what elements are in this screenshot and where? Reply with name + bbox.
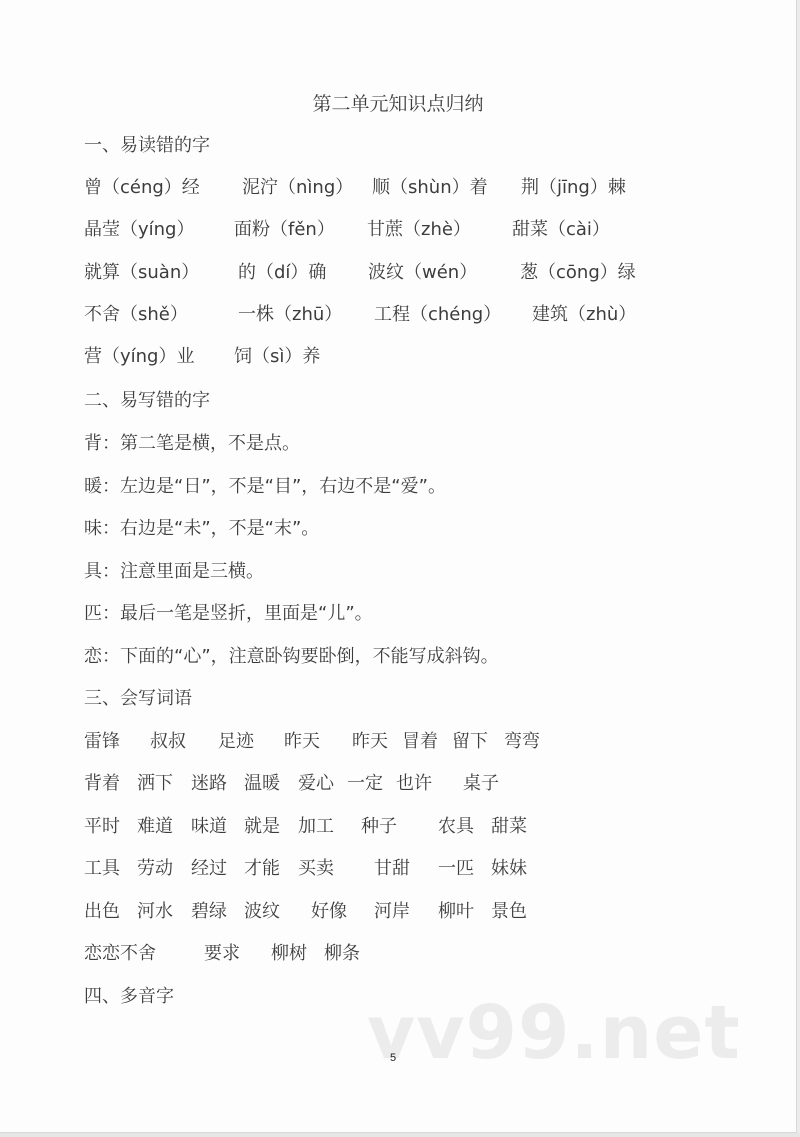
section-heading-1: 一、易读错的字 — [84, 133, 210, 159]
vocab-word: 甘甜 — [374, 856, 410, 882]
vocab-word: 留下 — [452, 729, 488, 755]
pinyin-entry: 饲（sì）养 — [234, 344, 320, 370]
pinyin-entry: 营（yíng）业 — [84, 344, 195, 370]
pinyin-entry: 建筑（zhù） — [532, 302, 636, 328]
pinyin-entry: 甘蔗（zhè） — [367, 217, 471, 243]
vocab-word: 经过 — [191, 856, 227, 882]
vocab-word: 一匹 — [438, 856, 474, 882]
vocab-word: 桌子 — [463, 771, 499, 797]
vocab-word: 甜菜 — [491, 814, 527, 840]
vocab-word: 柳叶 — [438, 899, 474, 925]
section-heading-3: 三、会写词语 — [84, 686, 192, 712]
vocab-word: 加工 — [298, 814, 334, 840]
vocab-word: 难道 — [137, 814, 173, 840]
page-edge-bottom — [0, 1133, 800, 1137]
pinyin-entry: 一株（zhū） — [238, 302, 342, 328]
section-heading-2: 二、易写错的字 — [84, 388, 210, 414]
pinyin-entry: 不舍（shě） — [84, 302, 188, 328]
vocab-word: 河岸 — [374, 899, 410, 925]
vocab-word: 足迹 — [218, 729, 254, 755]
pinyin-entry: 曾（céng）经 — [84, 175, 200, 201]
pinyin-entry: 泥泞（nìng） — [242, 175, 353, 201]
vocab-word: 洒下 — [137, 771, 173, 797]
document-page: 第二单元知识点归纳 一、易读错的字 曾（céng）经 泥泞（nìng） 顺（sh… — [0, 0, 797, 1133]
writing-note: 背：第二笔是横，不是点。 — [84, 431, 300, 457]
vocab-word: 才能 — [244, 856, 280, 882]
vocab-word: 农具 — [438, 814, 474, 840]
writing-note: 暖：左边是“日”，不是“目”，右边不是“爱”。 — [84, 474, 446, 500]
vocab-word: 种子 — [361, 814, 397, 840]
vocab-word: 昨天 — [284, 729, 320, 755]
vocab-word: 碧绿 — [191, 899, 227, 925]
vocab-word: 冒着 — [402, 729, 438, 755]
vocab-word: 就是 — [244, 814, 280, 840]
vocab-word: 背着 — [84, 771, 120, 797]
vocab-word: 出色 — [84, 899, 120, 925]
vocab-word: 一定 — [347, 771, 383, 797]
vocab-word: 味道 — [191, 814, 227, 840]
vocab-word: 恋恋不舍 — [84, 941, 156, 967]
writing-note: 匹：最后一笔是竖折，里面是“儿”。 — [84, 601, 373, 627]
vocab-word: 叔叔 — [150, 729, 186, 755]
writing-note: 味：右边是“未”，不是“末”。 — [84, 516, 319, 542]
vocab-word: 柳条 — [324, 941, 360, 967]
vocab-word: 也许 — [396, 771, 432, 797]
vocab-word: 妹妹 — [491, 856, 527, 882]
vocab-word: 柳树 — [271, 941, 307, 967]
pinyin-entry: 荆（jīng）棘 — [521, 175, 626, 201]
section-heading-4: 四、多音字 — [84, 984, 174, 1010]
vocab-word: 迷路 — [191, 771, 227, 797]
pinyin-entry: 顺（shùn）着 — [372, 175, 488, 201]
vocab-word: 雷锋 — [84, 729, 120, 755]
pinyin-entry: 波纹（wén） — [368, 260, 477, 286]
watermark: vv99.net — [367, 990, 741, 1076]
page-number: 5 — [390, 1052, 396, 1064]
vocab-word: 要求 — [204, 941, 240, 967]
page-title: 第二单元知识点归纳 — [0, 89, 796, 116]
vocab-word: 河水 — [137, 899, 173, 925]
vocab-word: 波纹 — [244, 899, 280, 925]
vocab-word: 工具 — [84, 856, 120, 882]
pinyin-entry: 晶莹（yíng） — [84, 217, 195, 243]
pinyin-entry: 就算（suàn） — [84, 260, 199, 286]
vocab-word: 温暖 — [244, 771, 280, 797]
pinyin-entry: 甜菜（cài） — [512, 217, 610, 243]
pinyin-entry: 葱（cōng）绿 — [520, 260, 636, 286]
vocab-word: 劳动 — [137, 856, 173, 882]
vocab-word: 平时 — [84, 814, 120, 840]
pinyin-entry: 工程（chéng） — [374, 302, 501, 328]
vocab-word: 弯弯 — [504, 729, 540, 755]
vocab-word: 好像 — [311, 899, 347, 925]
vocab-word: 景色 — [491, 899, 527, 925]
vocab-word: 爱心 — [298, 771, 334, 797]
vocab-word: 买卖 — [298, 856, 334, 882]
pinyin-entry: 面粉（fěn） — [234, 217, 335, 243]
writing-note: 具：注意里面是三横。 — [84, 559, 264, 585]
pinyin-entry: 的（dí）确 — [238, 260, 326, 286]
vocab-word: 昨天 — [352, 729, 388, 755]
writing-note: 恋：下面的“心”，注意卧钩要卧倒，不能写成斜钩。 — [84, 644, 499, 670]
